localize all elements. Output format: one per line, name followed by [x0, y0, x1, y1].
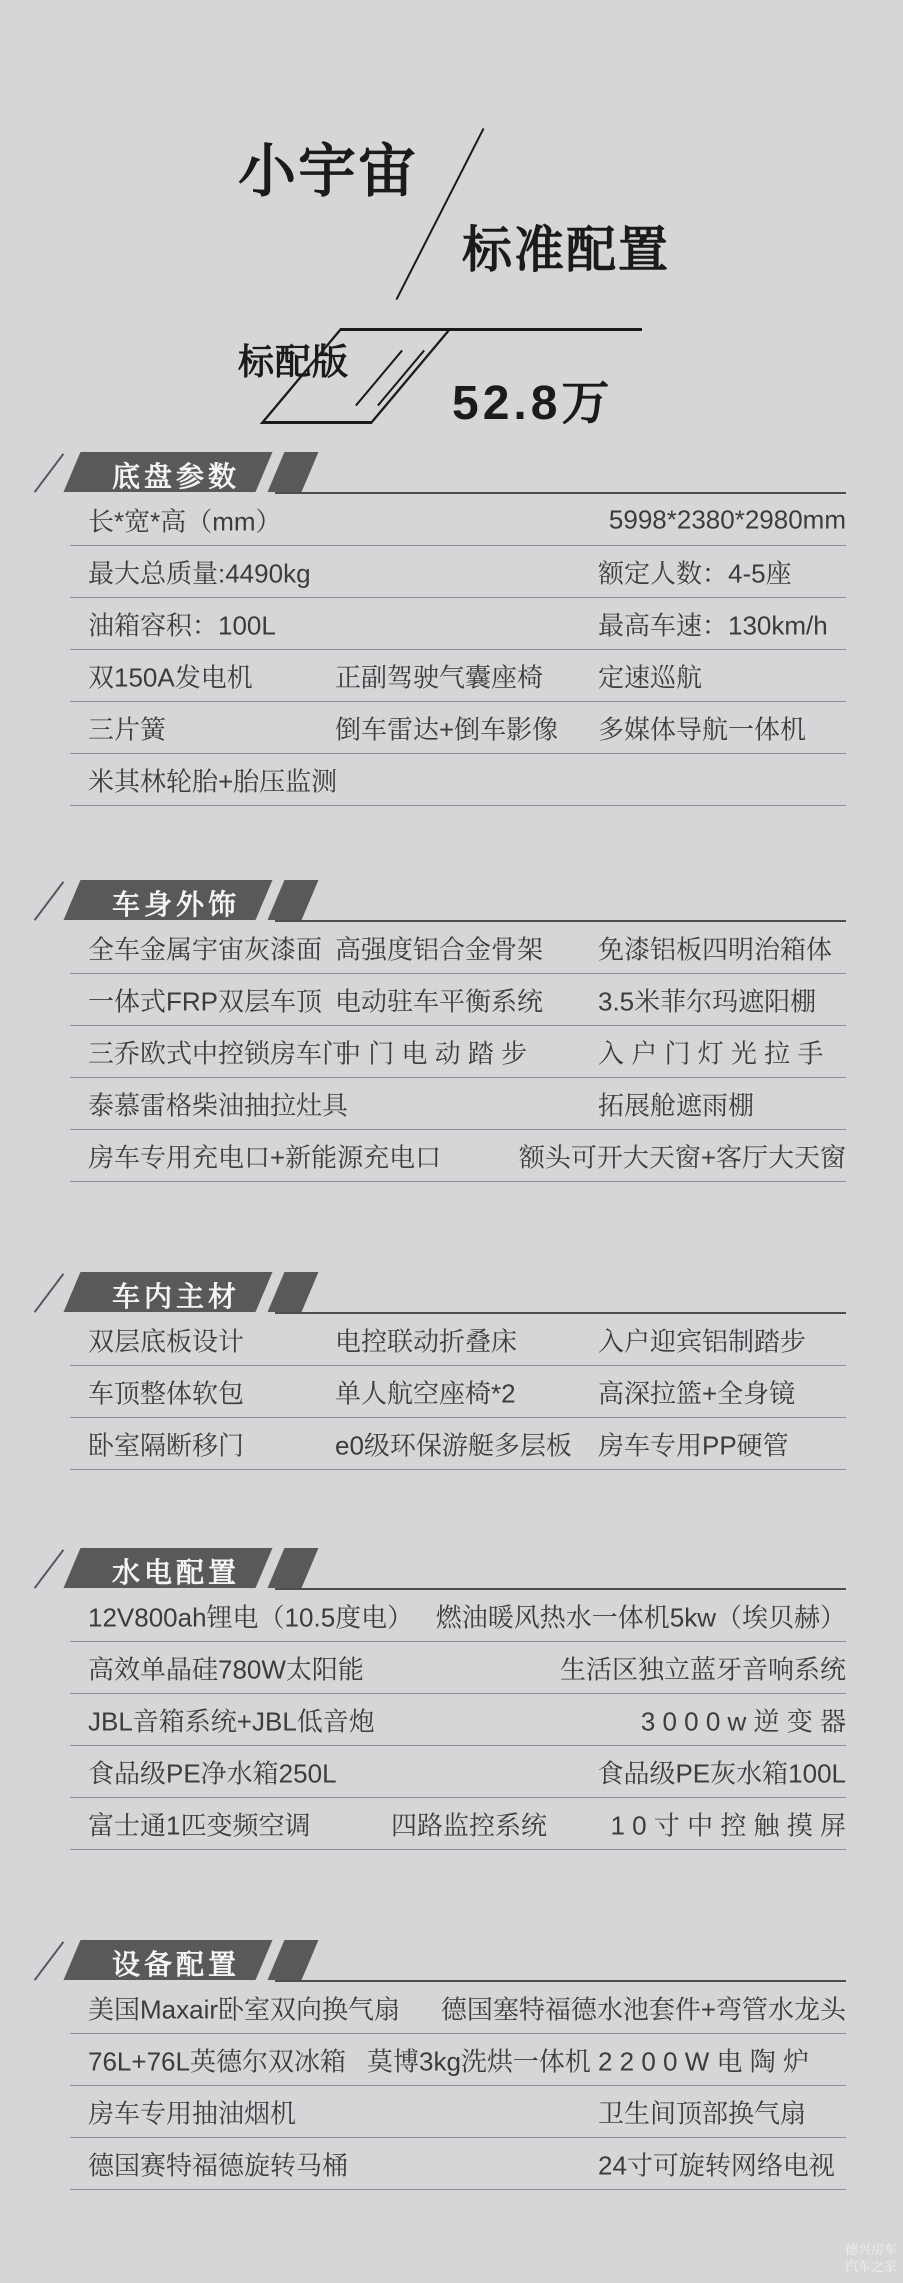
spec-cell: 富士通1匹变频空调	[88, 1805, 310, 1842]
spec-row: 美国Maxair卧室双向换气扇德国塞特福德水池套件+弯管水龙头	[70, 1982, 846, 2034]
spec-cell: 油箱容积：100L	[88, 605, 276, 642]
spec-cell: 高效单晶硅780W太阳能	[88, 1649, 364, 1686]
spec-row: 米其林轮胎+胎压监测	[70, 754, 846, 806]
section-rows: 双层底板设计电控联动折叠床入户迎宾铝制踏步车顶整体软包单人航空座椅*2高深拉篮+…	[70, 1314, 846, 1470]
spec-row: 油箱容积：100L最高车速：130km/h	[70, 598, 846, 650]
section-title: 车身外饰	[112, 883, 240, 923]
spec-cell: 1 0 寸 中 控 触 摸 屏	[611, 1805, 847, 1842]
page-title: 标准配置	[462, 210, 670, 282]
spec-cell: 三片簧	[88, 709, 166, 746]
spec-cell: JBL音箱系统+JBL低音炮	[88, 1701, 375, 1738]
spec-section: 水电配置 12V800ah锂电（10.5度电）燃油暖风热水一体机5kw（埃贝赫）…	[70, 1470, 846, 1850]
spec-row: 高效单晶硅780W太阳能生活区独立蓝牙音响系统	[70, 1642, 846, 1694]
spec-cell: 中 门 电 动 踏 步	[335, 1033, 527, 1070]
spec-cell: e0级环保游艇多层板	[335, 1425, 572, 1462]
spec-cell: 76L+76L英德尔双冰箱	[88, 2041, 346, 2078]
spec-cell: 3.5米菲尔玛遮阳棚	[598, 981, 816, 1018]
spec-cell: 12V800ah锂电（10.5度电）	[88, 1597, 413, 1634]
section-header: 车身外饰	[70, 880, 846, 922]
slash-icon	[34, 1549, 64, 1589]
spec-row: 12V800ah锂电（10.5度电）燃油暖风热水一体机5kw（埃贝赫）	[70, 1590, 846, 1642]
spec-cell: 燃油暖风热水一体机5kw（埃贝赫）	[436, 1597, 846, 1634]
section-rows: 全车金属宇宙灰漆面高强度铝合金骨架免漆铝板四明治箱体一体式FRP双层车顶电动驻车…	[70, 922, 846, 1182]
spec-cell: 正副驾驶气囊座椅	[335, 657, 543, 694]
spec-cell: 卧室隔断移门	[88, 1425, 244, 1462]
spec-cell: 多媒体导航一体机	[598, 709, 806, 746]
section-rows: 美国Maxair卧室双向换气扇德国塞特福德水池套件+弯管水龙头76L+76L英德…	[70, 1982, 846, 2190]
spec-cell: 三乔欧式中控锁房车门	[88, 1033, 348, 1070]
header-tail	[268, 1548, 319, 1588]
spec-row: 泰慕雷格柴油抽拉灶具拓展舱遮雨棚	[70, 1078, 846, 1130]
spec-cell: 米其林轮胎+胎压监测	[88, 761, 337, 798]
spec-cell: 食品级PE净水箱250L	[88, 1753, 337, 1790]
spec-section: 设备配置 美国Maxair卧室双向换气扇德国塞特福德水池套件+弯管水龙头76L+…	[70, 1850, 846, 2190]
spec-row: 房车专用充电口+新能源充电口额头可开大天窗+客厅大天窗	[70, 1130, 846, 1182]
slash-icon	[34, 453, 64, 493]
spec-section: 车内主材 双层底板设计电控联动折叠床入户迎宾铝制踏步车顶整体软包单人航空座椅*2…	[70, 1182, 846, 1470]
spec-cell: 入 户 门 灯 光 拉 手	[598, 1033, 823, 1070]
spec-cell: 长*宽*高（mm）	[88, 501, 282, 538]
watermark-line1: 德兴房车	[845, 2241, 897, 2258]
spec-cell: 全车金属宇宙灰漆面	[88, 929, 322, 966]
spec-cell: 最大总质量:4490kg	[88, 553, 311, 590]
spec-cell: 一体式FRP双层车顶	[88, 981, 322, 1018]
spec-row: 富士通1匹变频空调四路监控系统1 0 寸 中 控 触 摸 屏	[70, 1798, 846, 1850]
spec-row: 最大总质量:4490kg额定人数：4-5座	[70, 546, 846, 598]
brand-title: 小宇宙	[238, 124, 418, 208]
spec-cell: 免漆铝板四明治箱体	[598, 929, 832, 966]
spec-cell: 3 0 0 0 w 逆 变 器	[641, 1701, 846, 1738]
spec-row: 双层底板设计电控联动折叠床入户迎宾铝制踏步	[70, 1314, 846, 1366]
slash-icon	[34, 881, 64, 921]
spec-row: 车顶整体软包单人航空座椅*2高深拉篮+全身镜	[70, 1366, 846, 1418]
spec-row: JBL音箱系统+JBL低音炮3 0 0 0 w 逆 变 器	[70, 1694, 846, 1746]
header-tail	[268, 452, 319, 492]
spec-cell: 电控联动折叠床	[335, 1321, 517, 1358]
spec-cell: 卫生间顶部换气扇	[598, 2093, 806, 2130]
spec-cell: 单人航空座椅*2	[335, 1373, 516, 1410]
spec-cell: 额头可开大天窗+客厅大天窗	[519, 1137, 846, 1174]
spec-cell: 入户迎宾铝制踏步	[598, 1321, 806, 1358]
watermark-line2: 汽车之家	[845, 2258, 897, 2275]
header-tail	[268, 1272, 319, 1312]
section-title: 设备配置	[112, 1943, 240, 1983]
price-value: 52.8万	[452, 364, 613, 433]
spec-cell: 24寸可旋转网络电视	[598, 2145, 835, 2182]
section-header: 水电配置	[70, 1548, 846, 1590]
section-header: 车内主材	[70, 1272, 846, 1314]
section-title: 车内主材	[112, 1275, 240, 1315]
spec-row: 长*宽*高（mm）5998*2380*2980mm	[70, 494, 846, 546]
section-header: 设备配置	[70, 1940, 846, 1982]
spec-row: 一体式FRP双层车顶电动驻车平衡系统3.5米菲尔玛遮阳棚	[70, 974, 846, 1026]
spec-cell: 莫博3kg洗烘一体机	[367, 2041, 591, 2078]
spec-cell: 生活区独立蓝牙音响系统	[560, 1649, 846, 1686]
spec-cell: 5998*2380*2980mm	[609, 504, 846, 535]
spec-row: 76L+76L英德尔双冰箱莫博3kg洗烘一体机2 2 0 0 W 电 陶 炉	[70, 2034, 846, 2086]
slash-icon	[34, 1273, 64, 1313]
price-topline	[450, 328, 642, 331]
slash-icon	[34, 1941, 64, 1981]
spec-row: 三片簧倒车雷达+倒车影像多媒体导航一体机	[70, 702, 846, 754]
spec-cell: 房车专用PP硬管	[598, 1425, 789, 1462]
header-tail	[268, 880, 319, 920]
spec-row: 食品级PE净水箱250L食品级PE灰水箱100L	[70, 1746, 846, 1798]
spec-cell: 房车专用充电口+新能源充电口	[88, 1137, 441, 1174]
section-rows: 长*宽*高（mm）5998*2380*2980mm最大总质量:4490kg额定人…	[70, 494, 846, 806]
spec-cell: 泰慕雷格柴油抽拉灶具	[88, 1085, 348, 1122]
spec-cell: 四路监控系统	[391, 1805, 547, 1842]
section-header: 底盘参数	[70, 452, 846, 494]
spec-cell: 额定人数：4-5座	[598, 553, 792, 590]
spec-cell: 倒车雷达+倒车影像	[335, 709, 558, 746]
spec-cell: 食品级PE灰水箱100L	[597, 1753, 846, 1790]
spec-cell: 高深拉篮+全身镜	[598, 1373, 795, 1410]
spec-cell: 高强度铝合金骨架	[335, 929, 543, 966]
spec-cell: 定速巡航	[598, 657, 702, 694]
spec-row: 房车专用抽油烟机卫生间顶部换气扇	[70, 2086, 846, 2138]
section-title: 水电配置	[112, 1551, 240, 1591]
spec-cell: 美国Maxair卧室双向换气扇	[88, 1989, 400, 2026]
header-tail	[268, 1940, 319, 1980]
spec-cell: 最高车速：130km/h	[598, 605, 828, 642]
section-title: 底盘参数	[112, 455, 240, 495]
spec-cell: 车顶整体软包	[88, 1373, 244, 1410]
sections: 底盘参数 长*宽*高（mm）5998*2380*2980mm最大总质量:4490…	[0, 450, 903, 2190]
watermark: 德兴房车 汽车之家	[845, 2241, 897, 2275]
spec-cell: 德国塞特福德水池套件+弯管水龙头	[441, 1989, 846, 2026]
spec-row: 三乔欧式中控锁房车门中 门 电 动 踏 步入 户 门 灯 光 拉 手	[70, 1026, 846, 1078]
spec-cell: 拓展舱遮雨棚	[598, 1085, 754, 1122]
spec-cell: 2 2 0 0 W 电 陶 炉	[598, 2041, 809, 2078]
section-rows: 12V800ah锂电（10.5度电）燃油暖风热水一体机5kw（埃贝赫）高效单晶硅…	[70, 1590, 846, 1850]
spec-row: 双150A发电机正副驾驶气囊座椅定速巡航	[70, 650, 846, 702]
spec-cell: 双150A发电机	[88, 657, 253, 694]
spec-cell: 房车专用抽油烟机	[88, 2093, 296, 2130]
title-block: 小宇宙 标准配置 标配版 52.8万	[0, 0, 903, 450]
spec-row: 全车金属宇宙灰漆面高强度铝合金骨架免漆铝板四明治箱体	[70, 922, 846, 974]
spec-row: 德国赛特福德旋转马桶24寸可旋转网络电视	[70, 2138, 846, 2190]
spec-cell: 双层底板设计	[88, 1321, 244, 1358]
spec-cell: 德国赛特福德旋转马桶	[88, 2145, 348, 2182]
spec-row: 卧室隔断移门e0级环保游艇多层板房车专用PP硬管	[70, 1418, 846, 1470]
spec-cell: 电动驻车平衡系统	[335, 981, 543, 1018]
spec-section: 底盘参数 长*宽*高（mm）5998*2380*2980mm最大总质量:4490…	[70, 450, 846, 806]
spec-section: 车身外饰 全车金属宇宙灰漆面高强度铝合金骨架免漆铝板四明治箱体一体式FRP双层车…	[70, 806, 846, 1182]
